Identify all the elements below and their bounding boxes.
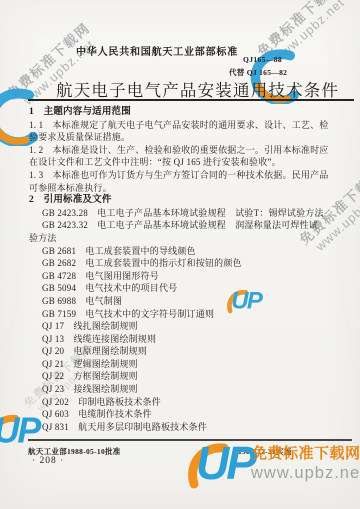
scanned-standard-page: 免费标准下载网 www.upbz.net 免费标准下载网 www.upbz.ne… bbox=[0, 0, 360, 509]
reference-item: QJ 13 线缆连接图绘制规则 bbox=[29, 333, 334, 346]
reference-item-continuation: 验方法 bbox=[29, 232, 334, 245]
footer-divider-rule bbox=[28, 439, 352, 441]
standard-authority-title: 中华人民共和国航天工业部部标准 bbox=[76, 43, 238, 58]
reference-item: QJ 17 线扎图绘制规则 bbox=[29, 320, 334, 333]
body-line: 验要求及质量保证措施。 bbox=[29, 131, 334, 144]
reference-item: QJ 22 方框图绘制规则 bbox=[29, 370, 334, 383]
reference-item: GB 2423.32 电工电子产品基本环境试验规程 润湿称量法可焊性试 bbox=[29, 219, 334, 232]
reference-item: GB 2423.28 电工电子产品基本环境试验规程 试验T：锡焊试验方法 bbox=[29, 207, 334, 220]
reference-item: QJ 21 逻辑图绘制规则 bbox=[29, 358, 334, 371]
reference-item: QJ 23 接线图绘制规则 bbox=[29, 383, 334, 396]
reference-item: GB 4728 电气图用图形符号 bbox=[29, 270, 334, 283]
body-line: 1. 1 本标准规定了航天电子电气产品安装时的通用要求、设计、工艺、检 bbox=[29, 119, 334, 132]
reference-item: GB 6988 电气制图 bbox=[29, 295, 334, 308]
body-line: 1. 3 本标准也可作为订货方与生产方签订合同的一种技术依据。民用产品 bbox=[29, 169, 334, 182]
upbz-logo: UP bbox=[186, 432, 260, 506]
reference-item: GB 2681 电工成套装置中的导线颜色 bbox=[29, 245, 334, 258]
section-heading: 2 引用标准及文件 bbox=[29, 194, 334, 207]
standard-number: QJ165—88 bbox=[243, 55, 282, 64]
body-line: 1. 2 本标准是设计、生产、检验和验收的重要依据之一。引用本标准时应 bbox=[29, 144, 334, 157]
document-title: 航天电子电气产品安装通用技术条件 bbox=[56, 77, 339, 101]
section-heading: 1 主题内容与适用范围 bbox=[29, 106, 334, 119]
reference-item: QJ 20 电原理图绘制规则 bbox=[29, 345, 334, 358]
reference-item: QJ 831 航天用多层印制电路板技术条件 bbox=[29, 421, 334, 434]
body-line: 在设计文件和工艺文件中注明：“按 QJ 165 进行安装和验收”。 bbox=[29, 156, 334, 169]
reference-item: QJ 202 印制电路板技术条件 bbox=[29, 396, 334, 409]
reference-item: GB 2682 电工成套装置中的指示灯和按钮的颜色 bbox=[29, 257, 334, 270]
body-line: 可参照本标准执行。 bbox=[29, 182, 334, 195]
reference-item: GB 5094 电气技术中的项目代号 bbox=[29, 282, 334, 295]
title-divider-rule bbox=[28, 99, 354, 101]
document-body: 1 主题内容与适用范围 1. 1 本标准规定了航天电子电气产品安装时的通用要求、… bbox=[29, 106, 334, 433]
reference-item: GB 7159 电气技术中的文字符号制订通则 bbox=[29, 308, 334, 321]
watermark-site-text: 免费标准下载网 bbox=[252, 0, 343, 60]
watermark-site-text: 免费标准下载网 bbox=[252, 442, 360, 463]
page-number: · 208 · bbox=[32, 456, 64, 466]
reference-item: QJ 603 电缆制作技术条件 bbox=[29, 408, 334, 421]
watermark-url-text: www.upbz.net bbox=[251, 464, 360, 483]
